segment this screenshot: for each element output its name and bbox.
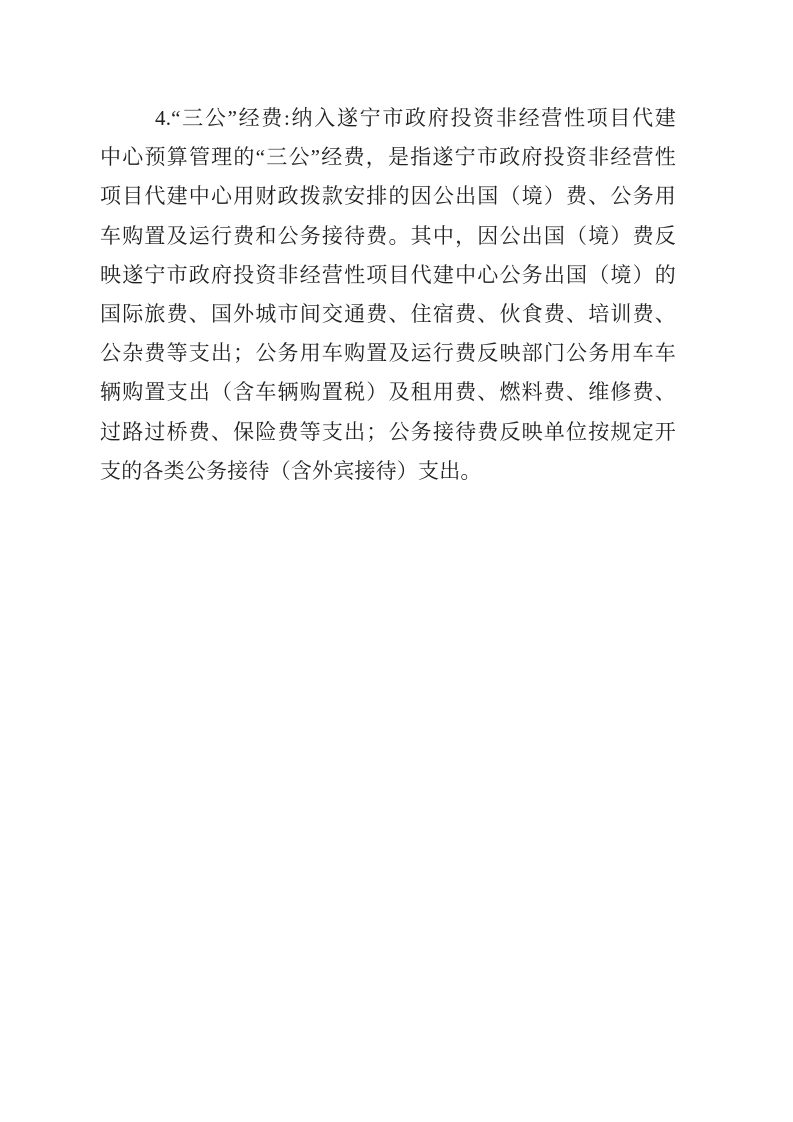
paragraph-line-10: 支的各类公务接待（含外宾接待）支出。 [100, 452, 676, 491]
paragraph-line-9: 过路过桥费、保险费等支出；公务接待费反映单位按规定开 [100, 413, 676, 452]
paragraph-line-5: 映遂宁市政府投资非经营性项目代建中心公务出国（境）的 [100, 256, 676, 295]
paragraph-line-4: 车购置及运行费和公务接待费。其中，因公出国（境）费反 [100, 217, 676, 256]
paragraph-line-8: 辆购置支出（含车辆购置税）及租用费、燃料费、维修费、 [100, 373, 676, 412]
paragraph-line-1: 4.“三公”经费:纳入遂宁市政府投资非经营性项目代建 [100, 99, 676, 138]
paragraph-line-6: 国际旅费、国外城市间交通费、住宿费、伙食费、培训费、 [100, 295, 676, 334]
paragraph-line-2: 中心预算管理的“三公”经费，是指遂宁市政府投资非经营性 [100, 138, 676, 177]
paragraph-line-3: 项目代建中心用财政拨款安排的因公出国（境）费、公务用 [100, 177, 676, 216]
document-page: 4.“三公”经费:纳入遂宁市政府投资非经营性项目代建 中心预算管理的“三公”经费… [0, 0, 793, 1122]
paragraph-three-public-funds: 4.“三公”经费:纳入遂宁市政府投资非经营性项目代建 中心预算管理的“三公”经费… [100, 99, 676, 491]
paragraph-line-7: 公杂费等支出；公务用车购置及运行费反映部门公务用车车 [100, 334, 676, 373]
